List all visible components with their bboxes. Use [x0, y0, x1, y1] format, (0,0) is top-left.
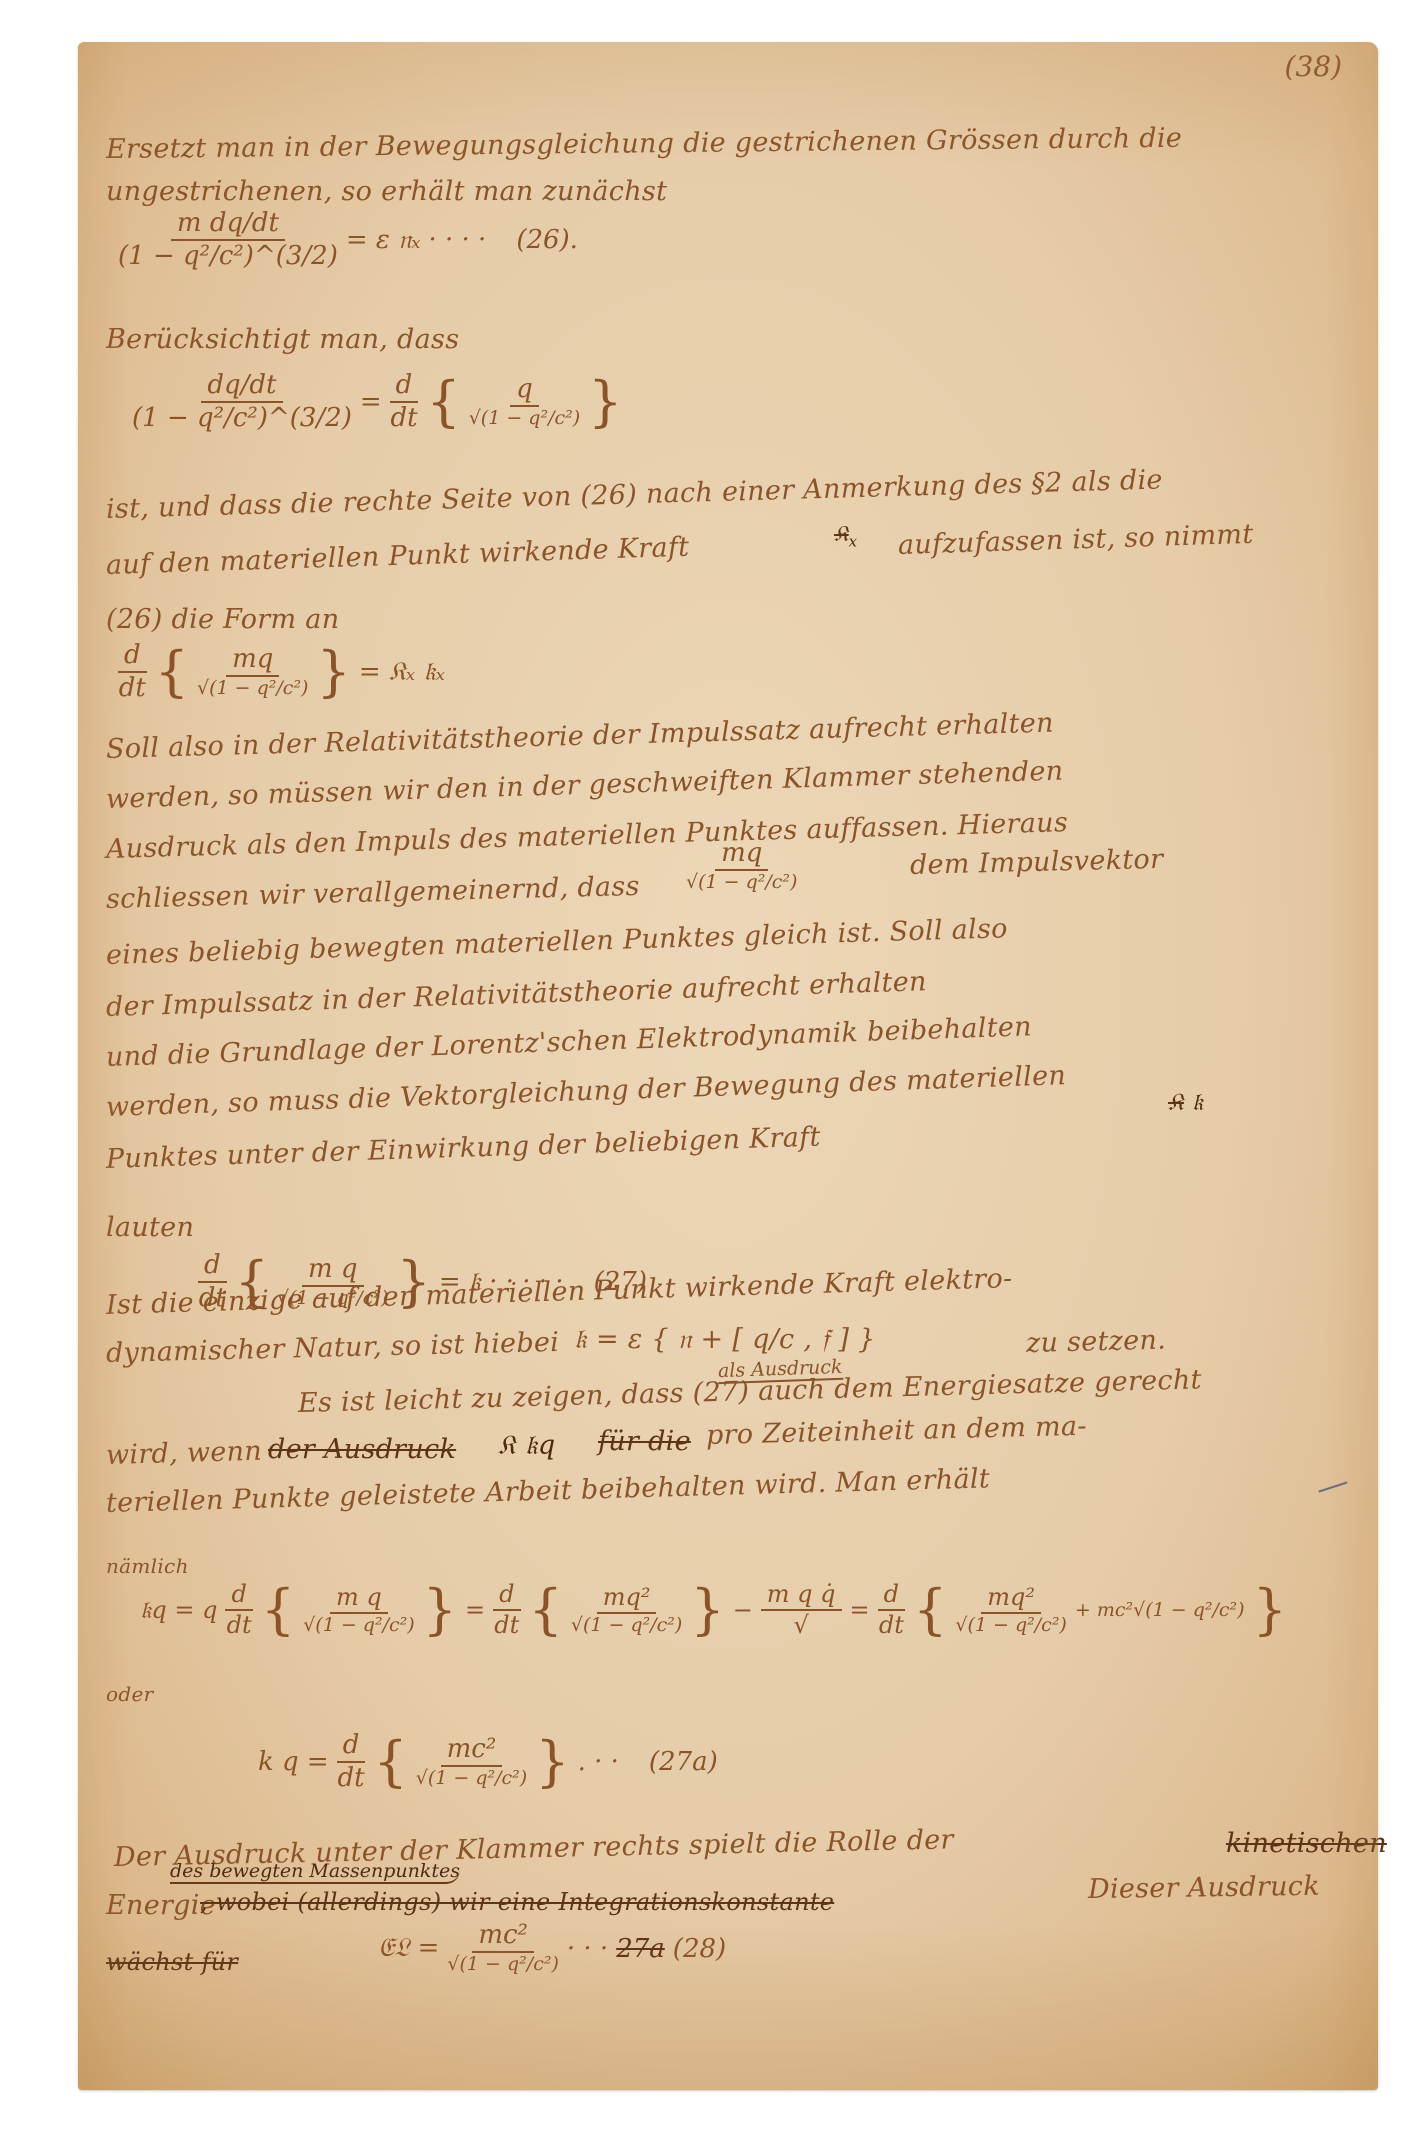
open-brace: {	[155, 645, 189, 699]
numerator: q	[510, 376, 539, 407]
numerator: mq	[226, 646, 279, 677]
numerator: mq	[715, 840, 768, 871]
text-line: zu setzen.	[1026, 1325, 1167, 1359]
text-line: nämlich	[106, 1554, 189, 1578]
manuscript-page: (38) Ersetzt man in der Bewegungsgleichu…	[78, 42, 1378, 2090]
text-line: werden, so müssen wir den in der geschwe…	[106, 756, 1064, 815]
lhs: 𝔨q = q	[140, 1596, 217, 1624]
inserted-text: als Ausdruck	[718, 1356, 843, 1384]
struck-text: kinetischen	[1226, 1828, 1387, 1859]
text-line: aufzufassen ist, so nimmt	[898, 519, 1254, 561]
text-line: (26) die Form an	[106, 604, 339, 635]
open-brace: {	[529, 1583, 563, 1637]
text-line: ist, und dass die rechte Seite von (26) …	[106, 464, 1164, 525]
text-line: auf den materiellen Punkt wirkende Kraft	[106, 532, 690, 581]
equals: =	[465, 1596, 485, 1624]
derivative: ddt	[493, 1582, 520, 1638]
numerator: d	[225, 1582, 252, 1611]
denominator: (1 − q²/c²)^(3/2)	[118, 241, 338, 270]
equation-work: 𝔨q = q ddt { m q √(1 − q²/c²) } = ddt { …	[140, 1582, 1287, 1638]
text-line: schliessen wir verallgemeinernd, dass	[106, 871, 640, 915]
inserted-text: des bewegten Massenpunktes	[170, 1860, 460, 1884]
extra-term: + mc²√(1 − q²/c²)	[1075, 1599, 1245, 1621]
minus: −	[733, 1596, 753, 1624]
text-line: dem Impulsvektor	[910, 844, 1164, 881]
margin-mark	[1318, 1481, 1347, 1492]
equation-label: (26).	[516, 225, 578, 255]
fraction: m dq/dt (1 − q²/c²)^(3/2)	[118, 210, 338, 271]
equation-27a: k q = ddt { mc² √(1 − q²/c²) } . · · (27…	[258, 1732, 718, 1793]
denominator: √(1 − q²/c²)	[571, 1614, 682, 1636]
derivative: ddt	[878, 1582, 905, 1638]
text-line: wird, wenn	[106, 1436, 263, 1471]
numerator: d	[878, 1582, 905, 1611]
lhs: 𝔈𝔏 =	[378, 1933, 439, 1964]
numerator: mq²	[597, 1585, 657, 1614]
denominator: √(1 − q²/c²)	[303, 1614, 414, 1636]
close-brace: }	[423, 1583, 457, 1637]
numerator: d	[337, 1732, 366, 1763]
numerator: m q	[330, 1585, 388, 1614]
text-line: Soll also in der Relativitätstheorie der…	[106, 708, 1055, 765]
denominator: √(1 − q²/c²)	[686, 871, 797, 893]
open-brace: {	[261, 1583, 295, 1637]
denominator: dt	[227, 1611, 252, 1638]
leader-dots: · · ·	[567, 1934, 608, 1964]
numerator: mq²	[981, 1585, 1041, 1614]
leader-dots: . · ·	[578, 1747, 619, 1777]
fraction: mc² √(1 − q²/c²)	[416, 1736, 527, 1789]
numerator: mc²	[441, 1736, 503, 1767]
derivative: d dt	[390, 372, 419, 433]
struck-text: für die	[598, 1426, 691, 1457]
equation-label: (27a)	[649, 1747, 718, 1777]
open-brace: {	[373, 1735, 407, 1789]
close-brace: }	[535, 1735, 569, 1789]
denominator: (1 − q²/c²)^(3/2)	[132, 403, 352, 432]
struck-text: wächst für	[106, 1948, 238, 1976]
equation-26: m dq/dt (1 − q²/c²)^(3/2) = ε 𝔫ₓ · · · ·…	[118, 210, 578, 271]
denominator: √(1 − q²/c²)	[955, 1614, 1066, 1636]
numerator: m q q̇	[761, 1582, 842, 1611]
equals: =	[850, 1596, 870, 1624]
text-line: und die Grundlage der Lorentz'schen Elek…	[105, 1011, 1032, 1073]
fraction: m q √(1 − q²/c²)	[303, 1585, 414, 1636]
fraction: mq² √(1 − q²/c²)	[571, 1585, 682, 1636]
numerator: d	[493, 1582, 520, 1611]
denominator: √(1 − q²/c²)	[447, 1953, 558, 1975]
text-line: dynamischer Natur, so ist hiebei	[106, 1327, 560, 1369]
denominator: dt	[119, 673, 146, 702]
leader-dots: · · · ·	[428, 225, 486, 255]
text-line: ungestrichenen, so erhält man zunächst	[106, 176, 667, 207]
derivative: d dt	[118, 642, 147, 703]
text-line: pro Zeiteinheit an dem ma-	[706, 1411, 1087, 1451]
fraction: m q q̇ √	[761, 1582, 842, 1638]
rhs: = ε 𝔫ₓ	[346, 225, 421, 256]
fraction: mq √(1 − q²/c²)	[197, 646, 308, 699]
text-line: lauten	[106, 1212, 194, 1243]
derivative: ddt	[337, 1732, 366, 1793]
text-line: werden, so muss die Vektorgleichung der …	[105, 1060, 1066, 1123]
derivative: ddt	[225, 1582, 252, 1638]
numerator: d	[390, 372, 419, 403]
numerator: m dq/dt	[171, 210, 285, 241]
struck-text: der Ausdruck	[268, 1434, 456, 1465]
numerator: mc²	[472, 1922, 534, 1953]
denominator: √(1 − q²/c²)	[416, 1767, 527, 1789]
denominator: dt	[390, 403, 417, 432]
force-symbol-struck: 𝔎x	[834, 522, 857, 550]
close-brace: }	[588, 375, 622, 429]
equation-form: d dt { mq √(1 − q²/c²) } = 𝔎ₓ 𝔨ₓ	[118, 642, 445, 703]
denominator: dt	[879, 1611, 904, 1638]
fraction: q √(1 − q²/c²)	[469, 376, 580, 429]
text-line: Dieser Ausdruck	[1088, 1871, 1320, 1905]
fraction: mc² √(1 − q²/c²)	[447, 1922, 558, 1975]
force-symbol: 𝔎 𝔨	[1168, 1088, 1204, 1116]
page-number: (38)	[1285, 50, 1342, 83]
fraction: mq √(1 − q²/c²)	[686, 840, 797, 893]
equals: =	[360, 387, 382, 417]
text-line: Ersetzt man in der Bewegungsgleichung di…	[106, 123, 1182, 165]
force-formula: 𝔨 = ε { 𝔫 + [ q/c , 𝔣 ] }	[574, 1324, 876, 1356]
fraction: dq/dt (1 − q²/c²)^(3/2)	[132, 372, 352, 433]
text-line: teriellen Punkte geleistete Arbeit beibe…	[106, 1463, 991, 1519]
open-brace: {	[426, 375, 460, 429]
numerator: d	[118, 642, 147, 673]
text-line: Punktes unter der Einwirkung der beliebi…	[106, 1122, 822, 1175]
close-brace: }	[690, 1583, 724, 1637]
work-symbol: 𝔎 𝔨q	[498, 1430, 555, 1462]
close-brace: }	[1253, 1583, 1287, 1637]
rhs: = 𝔎ₓ 𝔨ₓ	[359, 657, 445, 688]
equation-identity: dq/dt (1 − q²/c²)^(3/2) = d dt { q √(1 −…	[132, 372, 623, 433]
denominator: dt	[338, 1763, 365, 1792]
equation-impuls: mq √(1 − q²/c²)	[686, 840, 797, 893]
fraction: mq² √(1 − q²/c²)	[955, 1585, 1066, 1636]
lhs: k q =	[258, 1747, 329, 1777]
struck-text: , wobei (allerdings) wir eine Integratio…	[200, 1888, 834, 1916]
denominator: dt	[494, 1611, 519, 1638]
denominator: √(1 − q²/c²)	[469, 407, 580, 429]
close-brace: }	[316, 645, 350, 699]
text-line: oder	[106, 1682, 153, 1706]
struck-label: 27a	[616, 1934, 665, 1964]
open-brace: {	[913, 1583, 947, 1637]
equation-28: 𝔈𝔏 = mc² √(1 − q²/c²) · · · 27a (28)	[378, 1922, 726, 1975]
text-line: Berücksichtigt man, dass	[106, 324, 459, 355]
numerator: dq/dt	[201, 372, 282, 403]
denominator: √	[794, 1611, 809, 1638]
text-line: eines beliebig bewegten materiellen Punk…	[106, 913, 1009, 971]
numerator: d	[198, 1252, 227, 1283]
text-line: der Impulssatz in der Relativitätstheori…	[106, 966, 928, 1023]
denominator: √(1 − q²/c²)	[197, 677, 308, 699]
equation-label: (28)	[673, 1934, 726, 1964]
